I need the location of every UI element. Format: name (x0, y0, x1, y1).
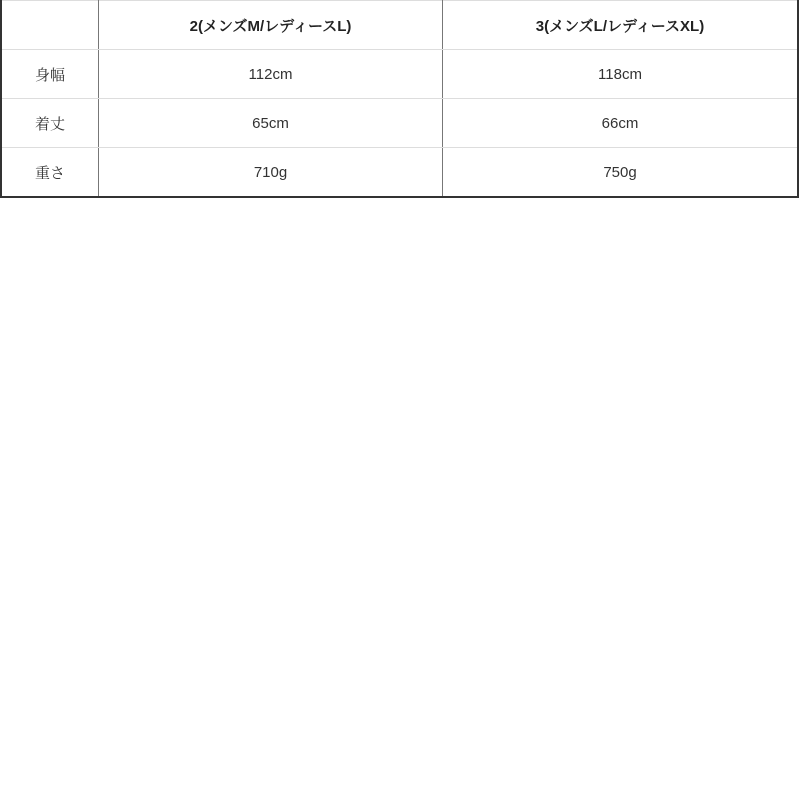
row-label: 着丈 (1, 99, 99, 148)
cell-value: 112cm (99, 50, 443, 99)
header-size-3: 3(メンズL/レディースXL) (443, 1, 799, 50)
table-row-weight: 重さ 710g 750g (1, 148, 798, 198)
cell-value: 118cm (443, 50, 799, 99)
size-chart-table: 2(メンズM/レディースL) 3(メンズL/レディースXL) 身幅 112cm … (0, 0, 799, 198)
row-label: 重さ (1, 148, 99, 198)
cell-value: 750g (443, 148, 799, 198)
table-row-length: 着丈 65cm 66cm (1, 99, 798, 148)
header-size-2: 2(メンズM/レディースL) (99, 1, 443, 50)
cell-value: 710g (99, 148, 443, 198)
row-label: 身幅 (1, 50, 99, 99)
header-row: 2(メンズM/レディースL) 3(メンズL/レディースXL) (1, 1, 798, 50)
header-corner-cell (1, 1, 99, 50)
cell-value: 65cm (99, 99, 443, 148)
cell-value: 66cm (443, 99, 799, 148)
table-row-body-width: 身幅 112cm 118cm (1, 50, 798, 99)
